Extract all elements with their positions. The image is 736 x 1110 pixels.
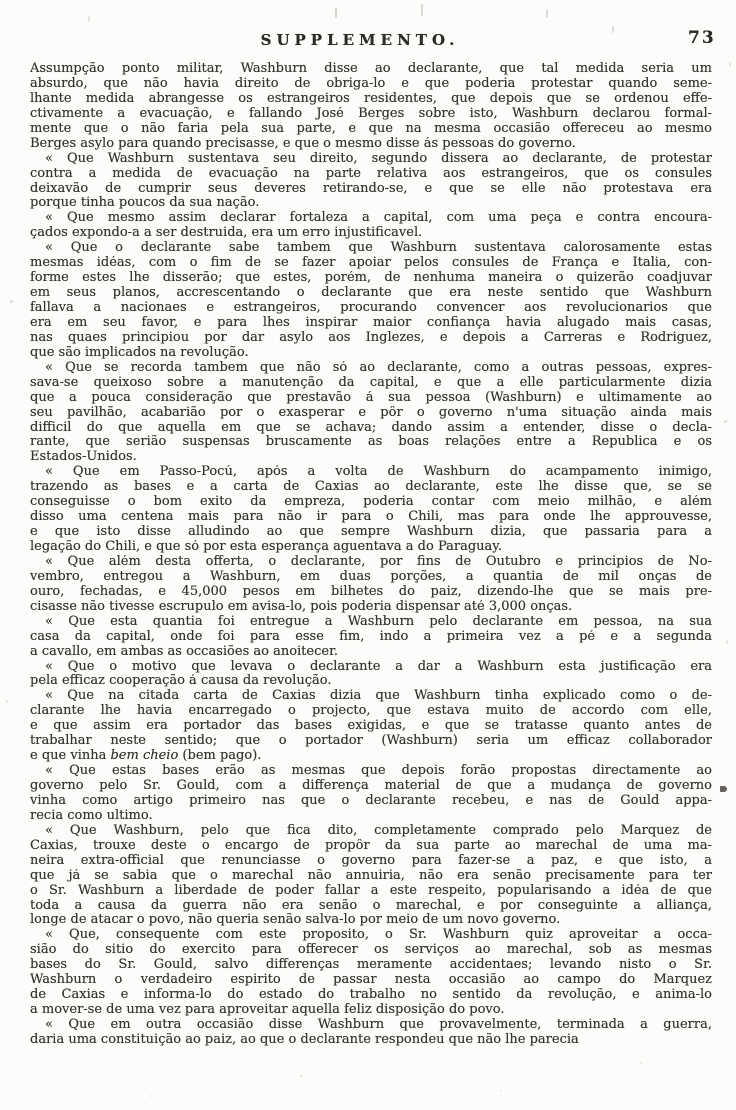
text-line: seu pavilhão, acabarião por o exasperar … [30,406,712,421]
text-line: « Que se recorda tambem que não só ao de… [30,361,712,376]
text-line: ouro, fechadas, e 45,000 pesos em bilhet… [30,585,712,600]
text-line: nas quaes principiou por dar asylo aos I… [30,331,712,346]
scan-speck [729,62,731,67]
page-text: Assumpção ponto militar, Washburn disse … [30,62,712,1048]
text-line: recia como ultimo. [30,809,712,824]
text-line: clarante lhe havia encarregado o project… [30,704,712,719]
scan-speck [300,1075,303,1077]
text-line: « Que além desta offerta, o declarante, … [30,555,712,570]
text-line: daria uma constituição ao paiz, ao que o… [30,1033,712,1048]
text-line: « Que na citada carta de Caxias dizia qu… [30,689,712,704]
text-line: porque tinha poucos da sua nação. [30,196,712,211]
page-title: SUPPLEMENTO. [0,31,720,49]
text-line: Berges asylo para quando precisasse, e q… [30,137,712,152]
paragraph: « Que em Passo-Pocú, após a volta de Was… [30,465,712,555]
text-line: Assumpção ponto militar, Washburn disse … [30,62,712,77]
page-number: 73 [688,28,716,48]
text-line: rante, que serião suspensas bruscamente … [30,435,712,450]
paragraph: « Que se recorda tambem que não só ao de… [30,361,712,466]
text-line: neira extra-official que renunciasse o g… [30,854,712,869]
text-line: « Que em outra occasião disse Washburn q… [30,1018,712,1033]
paragraph: « Que o motivo que levava o declarante a… [30,660,712,690]
text-line: contra a medida de evacuação na parte re… [30,167,712,182]
text-line: vinha como artigo primeiro nas que o dec… [30,794,712,809]
text-line: a cavallo, em ambas as occasiões ao anoi… [30,645,712,660]
text-line: mesmas idéas, com o fim de se fazer apoi… [30,256,712,271]
paragraph: « Que mesmo assim declarar fortaleza a c… [30,211,712,241]
paragraph: « Que estas bases erão as mesmas que dep… [30,764,712,824]
scan-speck [724,420,727,423]
text-line: que já se sabia que o marechal não annui… [30,869,712,884]
scan-speck [150,1095,152,1097]
text-line: casa da capital, onde foi para esse fim,… [30,630,712,645]
text-line: legação do Chili, e que só por esta espe… [30,540,712,555]
text-line: « Que esta quantia foi entregue a Washbu… [30,615,712,630]
text-line: çados expondo-a a ser destruida, era um … [30,226,712,241]
text-line: trabalhar neste sentido; que o portador … [30,734,712,749]
text-line: Estados-Unidos. [30,450,712,465]
text-line: « Que Washburn sustentava seu direito, s… [30,152,712,167]
text-line: a mover-se de uma vez para aproveitar aq… [30,1003,712,1018]
scan-speck [6,700,8,703]
paragraph: « Que em outra occasião disse Washburn q… [30,1018,712,1048]
text-line: o Sr. Washburn a liberdade de poder fall… [30,884,712,899]
text-line: conseguisse o bom exito da empreza, pode… [30,495,712,510]
text-line: mente que o não faria pela sua parte, e … [30,122,712,137]
text-line: de Caxias e informa-lo do estado do trab… [30,988,712,1003]
text-line: sava-se queixoso sobre a manutenção da c… [30,376,712,391]
margin-blot [720,786,727,792]
text-line: difficil do que aquella em que se achava… [30,421,712,436]
scan-speck [640,1062,642,1064]
scan-speck [335,8,337,18]
text-line: ctivamente a evacuação, e fallando José … [30,107,712,122]
text-line: sião do sitio do exercito para offerecer… [30,943,712,958]
text-line: trazendo as bases e a carta de Caxias ao… [30,480,712,495]
paragraph: Assumpção ponto militar, Washburn disse … [30,62,712,152]
text-line: governo pelo Sr. Gould, com a differença… [30,779,712,794]
scan-speck [612,26,614,33]
text-line: « Que o motivo que levava o declarante a… [30,660,712,675]
text-line: « Que, consequente com este proposito, o… [30,928,712,943]
paragraph: « Que o declarante sabe tambem que Washb… [30,241,712,361]
scan-speck [726,640,728,644]
paragraph: « Que além desta offerta, o declarante, … [30,555,712,615]
text-line: e que vinha bem cheio (bem pago). [30,749,712,764]
scan-speck [421,4,423,16]
paragraph: « Que na citada carta de Caxias dizia qu… [30,689,712,764]
paragraph: « Que Washburn, pelo que fica dito, comp… [30,824,712,929]
text-line: cisasse não tivesse escrupulo em avisa-l… [30,600,712,615]
text-line: Washburn o verdadeiro espirito de passar… [30,973,712,988]
scan-speck [10,300,13,303]
text-line: e que isto disse alludindo ao que sempre… [30,525,712,540]
paragraph: « Que Washburn sustentava seu direito, s… [30,152,712,212]
text-line: era em seu favor, e para lhes inspirar m… [30,316,712,331]
text-line: « Que mesmo assim declarar fortaleza a c… [30,211,712,226]
scan-speck [88,16,90,22]
text-line: lhante medida abrangesse os estrangeiros… [30,92,712,107]
scan-speck [546,9,548,18]
text-line: forme estes lhe disserão; que estes, por… [30,271,712,286]
text-line: absurdo, que não havia direito de obriga… [30,77,712,92]
scan-speck [500,1090,502,1092]
text-line: « Que o declarante sabe tambem que Washb… [30,241,712,256]
text-line: que são implicados na revolução. [30,346,712,361]
text-line: toda a causa da guerra não era senão o m… [30,899,712,914]
text-line: longe de atacar o povo, não queria senão… [30,913,712,928]
text-line: bases do Sr. Gould, salvo differenças me… [30,958,712,973]
text-line: « Que em Passo-Pocú, após a volta de Was… [30,465,712,480]
paragraph: « Que esta quantia foi entregue a Washbu… [30,615,712,660]
text-line: e que assim era portador das bases exigi… [30,719,712,734]
text-line: fallava a nacionaes e estrangeiros, proc… [30,301,712,316]
text-line: « Que Washburn, pelo que fica dito, comp… [30,824,712,839]
text-line: deixavão de cumprir seus deveres retiran… [30,182,712,197]
text-line: vembro, entregou a Washburn, em duas por… [30,570,712,585]
text-line: que a pouca consideração que prestavão á… [30,391,712,406]
text-line: disso uma centena mais para não ir para … [30,510,712,525]
text-line: « Que estas bases erão as mesmas que dep… [30,764,712,779]
scanned-page: SUPPLEMENTO. 73 Assumpção ponto militar,… [0,0,736,1110]
text-line: em seus planos, accrescentando o declara… [30,286,712,301]
text-line: pela efficaz cooperação á causa da revol… [30,674,712,689]
paragraph: « Que, consequente com este proposito, o… [30,928,712,1018]
text-line: Caxias, trouxe deste o encargo de propôr… [30,839,712,854]
